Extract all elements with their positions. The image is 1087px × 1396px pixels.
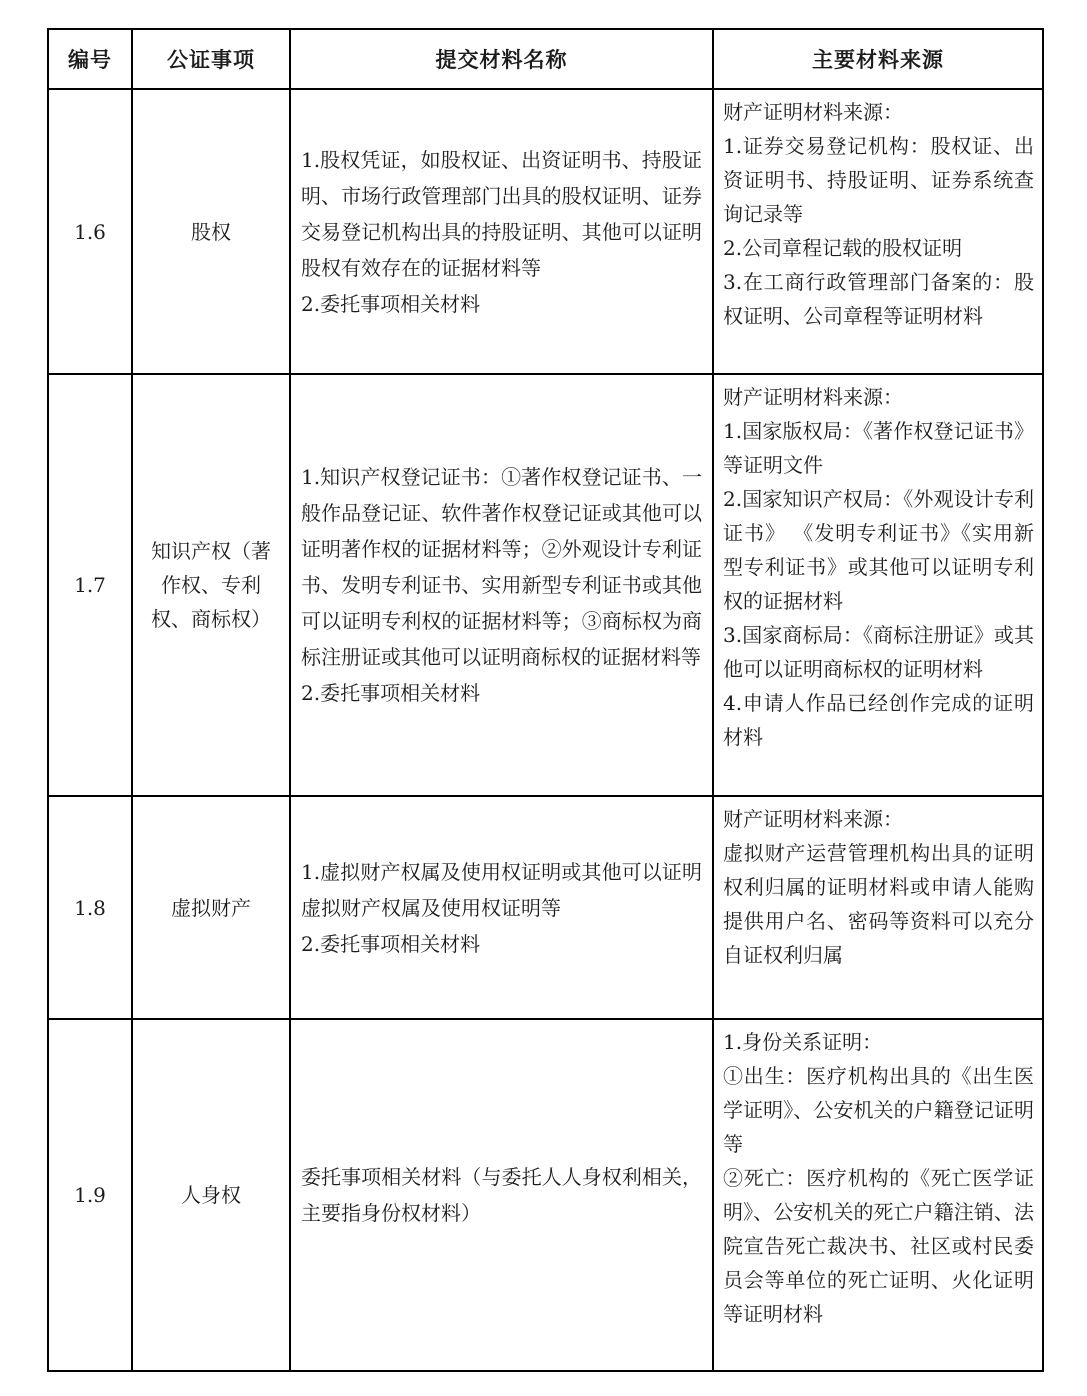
header-notary-item: 公证事项 — [132, 29, 290, 89]
source-paragraph: 财产证明材料来源： — [723, 95, 1034, 129]
source-paragraph: 1.证券交易登记机构：股权证、出资证明书、持股证明、证券系统查询记录等 — [723, 129, 1034, 231]
notary-materials-table: 编号 公证事项 提交材料名称 主要材料来源 1.6 股权 1.股权凭证，如股权证… — [47, 28, 1044, 1372]
materials-cell: 委托事项相关材料（与委托人人身权利相关，主要指身份权材料） — [290, 1019, 713, 1371]
table-row: 1.6 股权 1.股权凭证，如股权证、出资证明书、持股证明、市场行政管理部门出具… — [48, 89, 1043, 374]
source-paragraph: 虚拟财产运营管理机构出具的证明权利归属的证明材料或申请人能购提供用户名、密码等资… — [723, 836, 1034, 972]
header-number: 编号 — [48, 29, 132, 89]
row-number: 1.7 — [48, 374, 132, 796]
source-paragraph: 1.国家版权局：《著作权登记证书》等证明文件 — [723, 414, 1034, 482]
notary-item: 知识产权（著作权、专利权、商标权） — [132, 374, 290, 796]
sources-cell: 财产证明材料来源： 1.证券交易登记机构：股权证、出资证明书、持股证明、证券系统… — [713, 89, 1043, 374]
source-paragraph: 4.申请人作品已经创作完成的证明材料 — [723, 686, 1034, 754]
sources-cell: 财产证明材料来源： 虚拟财产运营管理机构出具的证明权利归属的证明材料或申请人能购… — [713, 796, 1043, 1019]
sources-cell: 1.身份关系证明： ①出生：医疗机构出具的《出生医学证明》、公安机关的户籍登记证… — [713, 1019, 1043, 1371]
materials-cell: 1.虚拟财产权属及使用权证明或其他可以证明虚拟财产权属及使用权证明等 2.委托事… — [290, 796, 713, 1019]
header-sources: 主要材料来源 — [713, 29, 1043, 89]
material-paragraph: 1.知识产权登记证书：①著作权登记证书、一般作品登记证、软件著作权登记证或其他可… — [301, 459, 702, 675]
material-paragraph: 2.委托事项相关材料 — [301, 926, 702, 962]
material-paragraph: 2.委托事项相关材料 — [301, 286, 702, 322]
source-paragraph: 3.在工商行政管理部门备案的：股权证明、公司章程等证明材料 — [723, 265, 1034, 333]
row-number: 1.8 — [48, 796, 132, 1019]
table-row: 1.8 虚拟财产 1.虚拟财产权属及使用权证明或其他可以证明虚拟财产权属及使用权… — [48, 796, 1043, 1019]
notary-item: 股权 — [132, 89, 290, 374]
header-materials: 提交材料名称 — [290, 29, 713, 89]
material-paragraph: 委托事项相关材料（与委托人人身权利相关，主要指身份权材料） — [301, 1159, 702, 1231]
source-paragraph: 2.国家知识产权局：《外观设计专利证书》 《发明专利证书》《实用新型专利证书》或… — [723, 482, 1034, 618]
materials-cell: 1.股权凭证，如股权证、出资证明书、持股证明、市场行政管理部门出具的股权证明、证… — [290, 89, 713, 374]
sources-cell: 财产证明材料来源： 1.国家版权局：《著作权登记证书》等证明文件 2.国家知识产… — [713, 374, 1043, 796]
material-paragraph: 1.股权凭证，如股权证、出资证明书、持股证明、市场行政管理部门出具的股权证明、证… — [301, 142, 702, 286]
source-paragraph: ②死亡：医疗机构的《死亡医学证明》、公安机关的死亡户籍注销、法院宣告死亡裁决书、… — [723, 1161, 1034, 1331]
source-paragraph: 3.国家商标局：《商标注册证》或其他可以证明商标权的证明材料 — [723, 618, 1034, 686]
row-number: 1.9 — [48, 1019, 132, 1371]
source-paragraph: 2.公司章程记载的股权证明 — [723, 231, 1034, 265]
row-number: 1.6 — [48, 89, 132, 374]
notary-item: 虚拟财产 — [132, 796, 290, 1019]
source-paragraph: 财产证明材料来源： — [723, 802, 1034, 836]
materials-cell: 1.知识产权登记证书：①著作权登记证书、一般作品登记证、软件著作权登记证或其他可… — [290, 374, 713, 796]
table-header-row: 编号 公证事项 提交材料名称 主要材料来源 — [48, 29, 1043, 89]
source-paragraph: 1.身份关系证明： — [723, 1025, 1034, 1059]
source-paragraph: ①出生：医疗机构出具的《出生医学证明》、公安机关的户籍登记证明等 — [723, 1059, 1034, 1161]
table-row: 1.9 人身权 委托事项相关材料（与委托人人身权利相关，主要指身份权材料） 1.… — [48, 1019, 1043, 1371]
document-page: 编号 公证事项 提交材料名称 主要材料来源 1.6 股权 1.股权凭证，如股权证… — [0, 0, 1087, 1396]
notary-item: 人身权 — [132, 1019, 290, 1371]
material-paragraph: 1.虚拟财产权属及使用权证明或其他可以证明虚拟财产权属及使用权证明等 — [301, 854, 702, 926]
table-row: 1.7 知识产权（著作权、专利权、商标权） 1.知识产权登记证书：①著作权登记证… — [48, 374, 1043, 796]
material-paragraph: 2.委托事项相关材料 — [301, 675, 702, 711]
source-paragraph: 财产证明材料来源： — [723, 380, 1034, 414]
